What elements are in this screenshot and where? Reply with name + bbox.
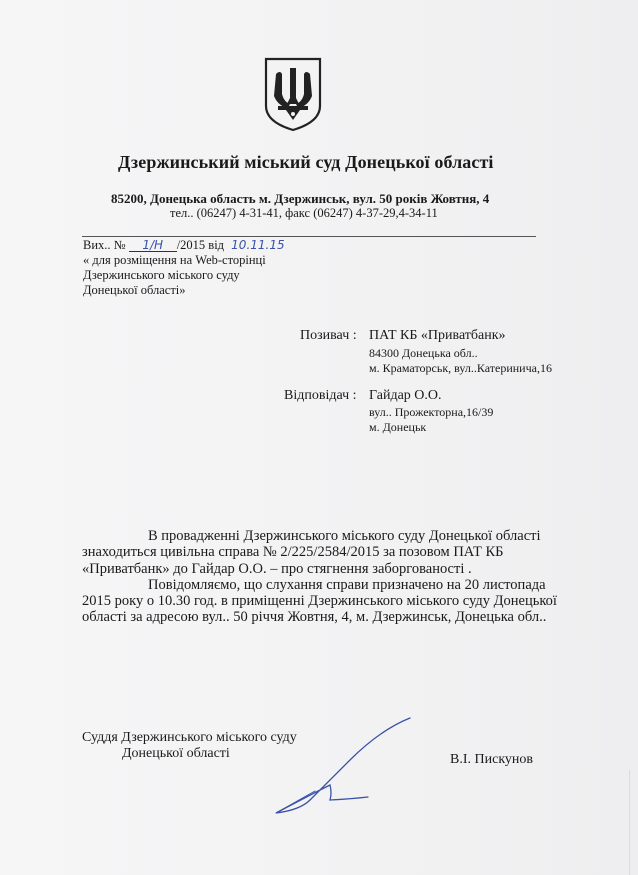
defendant-address-line: вул.. Прожекторна,16/39 (369, 405, 493, 420)
court-name: Дзержинський міський суд Донецької облас… (118, 152, 494, 173)
judge-title: Суддя Дзержинського міського суду Донець… (82, 730, 297, 762)
outgoing-date-handwritten: 10.11.15 (231, 238, 284, 252)
body-paragraph-1-line: В провадженні Дзержинського міського суд… (82, 528, 572, 544)
defendant-address-line: м. Донецьк (369, 420, 493, 435)
scan-edge-line (629, 770, 630, 875)
body-paragraph-2-line: Повідомляємо, що слухання справи признач… (82, 577, 572, 593)
coat-of-arms-icon (262, 56, 324, 132)
outgoing-reference: Вих.. № 1/Н/2015 від 10.11.15 « для розм… (83, 238, 285, 298)
publication-note-line: Дзержинського міського суду (83, 268, 285, 283)
publication-note-line: Донецької області» (83, 283, 285, 298)
court-address: 85200, Донецька область м. Дзержинськ, в… (111, 191, 489, 207)
plaintiff-name: ПАТ КБ «Приватбанк» (369, 328, 506, 344)
court-phones: тел.. (06247) 4-31-41, факс (06247) 4-37… (170, 206, 438, 221)
body-paragraph-2-line: області за адресою вул.. 50 річчя Жовтня… (82, 609, 572, 625)
judge-name: В.І. Пискунов (450, 752, 533, 768)
notice-body: В провадженні Дзержинського міського суд… (82, 528, 572, 626)
publication-note-line: « для розміщення на Web-сторінці (83, 253, 285, 268)
outgoing-number-blank: 1/Н (129, 238, 177, 252)
outgoing-number-handwritten: 1/Н (142, 238, 163, 252)
outgoing-year: /2015 від (177, 238, 224, 252)
handwritten-signature-icon (270, 715, 420, 815)
plaintiff-address-line: м. Краматорськ, вул..Катеринича,16 (369, 361, 552, 376)
body-paragraph-2-line: 2015 року о 10.30 год. в приміщенні Дзер… (82, 593, 572, 609)
plaintiff-address-line: 84300 Донецька обл.. (369, 346, 552, 361)
plaintiff-address: 84300 Донецька обл.. м. Краматорськ, вул… (369, 346, 552, 376)
header-divider (82, 236, 536, 237)
judge-title-line: Донецької області (82, 746, 297, 762)
defendant-name: Гайдар О.О. (369, 388, 442, 404)
judge-title-line: Суддя Дзержинського міського суду (82, 730, 297, 746)
defendant-label: Відповідач : (284, 388, 357, 404)
outgoing-prefix: Вих.. № (83, 238, 126, 252)
outgoing-number-line: Вих.. № 1/Н/2015 від 10.11.15 (83, 238, 285, 253)
plaintiff-label: Позивач : (300, 328, 357, 344)
body-paragraph-1-line: «Приватбанк» до Гайдар О.О. – про стягне… (82, 561, 572, 577)
document-page: Дзержинський міський суд Донецької облас… (0, 0, 638, 875)
body-paragraph-1-line: знаходиться цивільна справа № 2/225/2584… (82, 544, 572, 560)
defendant-address: вул.. Прожекторна,16/39 м. Донецьк (369, 405, 493, 435)
